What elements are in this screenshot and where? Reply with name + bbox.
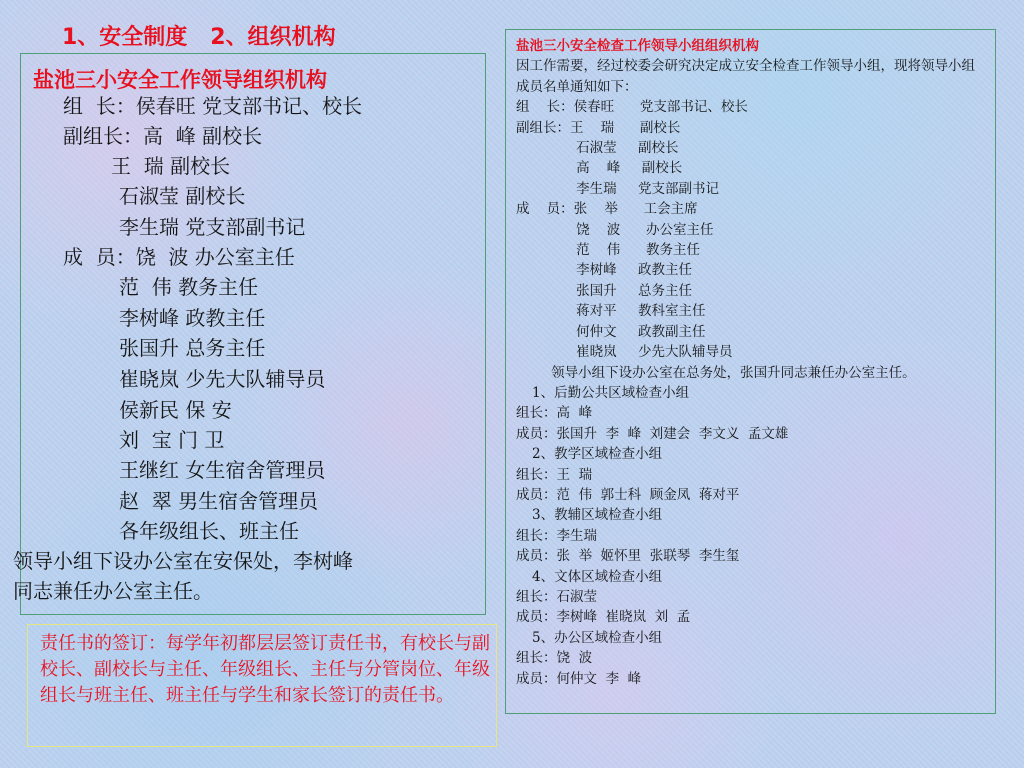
left-panel-line: 副组长：高 峰 副校长 [63,124,262,148]
left-panel-line: 范 伟 教务主任 [119,275,258,299]
member-line: 副组长：王 瑞 副校长 [516,118,985,138]
left-panel-line: 李树峰 政教主任 [119,306,265,330]
left-panel-line: 石淑莹 副校长 [119,184,245,208]
member-line: 李树峰 政教主任 [516,260,985,280]
group-leader: 组长：饶 波 [516,648,985,668]
left-panel-heading: 盐池三小安全工作领导组织机构 [33,64,327,94]
office-note: 领导小组下设办公室在总务处，张国升同志兼任办公室主任。 [516,363,985,383]
group-members: 成员：张 举 姬怀里 张联琴 李生玺 [516,546,985,566]
responsibility-note-text: 责任书的签订：每学年初都层层签订责任书，有校长与副校长、副校长与主任、年级组长、… [40,633,490,706]
group-title: 3、教辅区域检查小组 [516,505,985,525]
left-panel-line: 侯新民 保 安 [119,398,232,422]
member-line: 石淑莹 副校长 [516,138,985,158]
left-panel-line: 刘 宝 门 卫 [119,428,224,452]
slide-title: 1、安全制度 2、组织机构 [62,20,336,51]
group-leader: 组长：高 峰 [516,403,985,423]
inspection-group: 1、后勤公共区域检查小组组长：高 峰成员：张国升 李 峰 刘建会 李文义 孟文雄 [516,383,985,444]
inspection-group: 4、文体区域检查小组组长：石淑莹成员：李树峰 崔晓岚 刘 孟 [516,567,985,628]
member-line: 组 长：侯春旺 党支部书记、校长 [516,97,985,117]
right-panel-intro: 因工作需要，经过校委会研究决定成立安全检查工作领导小组，现将领导小组成员名单通知… [516,56,985,97]
left-panel-line: 领导小组下设办公室在安保处，李树峰 [13,549,353,573]
inspection-group: 3、教辅区域检查小组组长：李生瑞成员：张 举 姬怀里 张联琴 李生玺 [516,505,985,566]
group-title: 1、后勤公共区域检查小组 [516,383,985,403]
group-leader: 组长：李生瑞 [516,526,985,546]
left-panel-line: 李生瑞 党支部副书记 [119,215,305,239]
member-line: 蒋对平 教科室主任 [516,301,985,321]
member-line: 张国升 总务主任 [516,281,985,301]
left-panel-line: 张国升 总务主任 [119,336,265,360]
member-line: 饶 波 办公室主任 [516,220,985,240]
member-line: 高 峰 副校长 [516,158,985,178]
left-panel-line: 同志兼任办公室主任。 [13,579,213,603]
group-members: 成员：何仲文 李 峰 [516,669,985,689]
member-line: 成 员：张 举 工会主席 [516,199,985,219]
left-org-panel: 盐池三小安全工作领导组织机构 组 长：侯春旺 党支部书记、校长副组长：高 峰 副… [20,53,486,615]
inspection-group: 2、教学区域检查小组组长：王 瑞成员：范 伟 郭士科 顾金凤 蒋对平 [516,444,985,505]
left-panel-line: 王继红 女生宿舍管理员 [119,458,325,482]
group-members: 成员：李树峰 崔晓岚 刘 孟 [516,607,985,627]
left-panel-line: 崔晓岚 少先大队辅导员 [119,367,325,391]
left-panel-line: 赵 翠 男生宿舍管理员 [119,489,318,513]
group-title: 2、教学区域检查小组 [516,444,985,464]
responsibility-note-box: 责任书的签订：每学年初都层层签订责任书，有校长与副校长、副校长与主任、年级组长、… [27,624,497,747]
group-leader: 组长：石淑莹 [516,587,985,607]
inspection-group: 5、办公区域检查小组组长：饶 波成员：何仲文 李 峰 [516,628,985,689]
group-members: 成员：范 伟 郭士科 顾金凤 蒋对平 [516,485,985,505]
left-panel-line: 组 长：侯春旺 党支部书记、校长 [63,94,362,118]
member-line: 崔晓岚 少先大队辅导员 [516,342,985,362]
member-line: 范 伟 教务主任 [516,240,985,260]
left-panel-line: 成 员：饶 波 办公室主任 [63,245,295,269]
group-title: 5、办公区域检查小组 [516,628,985,648]
right-panel-heading: 盐池三小安全检查工作领导小组组织机构 [516,36,985,56]
group-title: 4、文体区域检查小组 [516,567,985,587]
group-leader: 组长：王 瑞 [516,465,985,485]
left-panel-line: 王 瑞 副校长 [111,154,230,178]
right-inspection-panel: 盐池三小安全检查工作领导小组组织机构 因工作需要，经过校委会研究决定成立安全检查… [505,29,996,714]
group-members: 成员：张国升 李 峰 刘建会 李文义 孟文雄 [516,424,985,444]
left-panel-line: 各年级组长、班主任 [119,519,299,543]
member-line: 李生瑞 党支部副书记 [516,179,985,199]
member-line: 何仲文 政教副主任 [516,322,985,342]
